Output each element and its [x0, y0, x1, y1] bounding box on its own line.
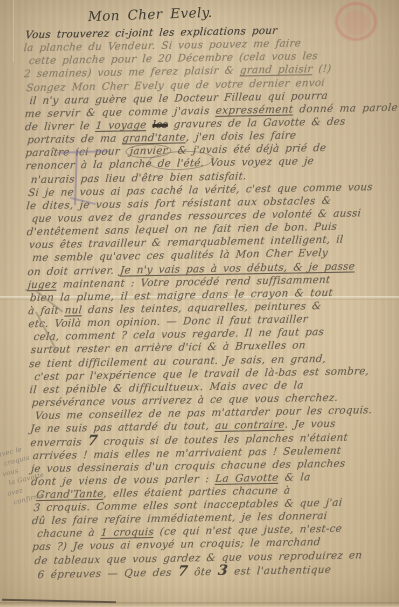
letter-salutation: Mon Cher Evely. [88, 5, 213, 25]
bottom-sheet-edge [0, 602, 399, 607]
letter-paper: Mon Cher Evely. Vous trouverez ci-joint … [0, 0, 399, 607]
paper-crease-vertical [13, 0, 15, 62]
letter-body: Vous trouverez ci-joint les explications… [23, 23, 399, 581]
